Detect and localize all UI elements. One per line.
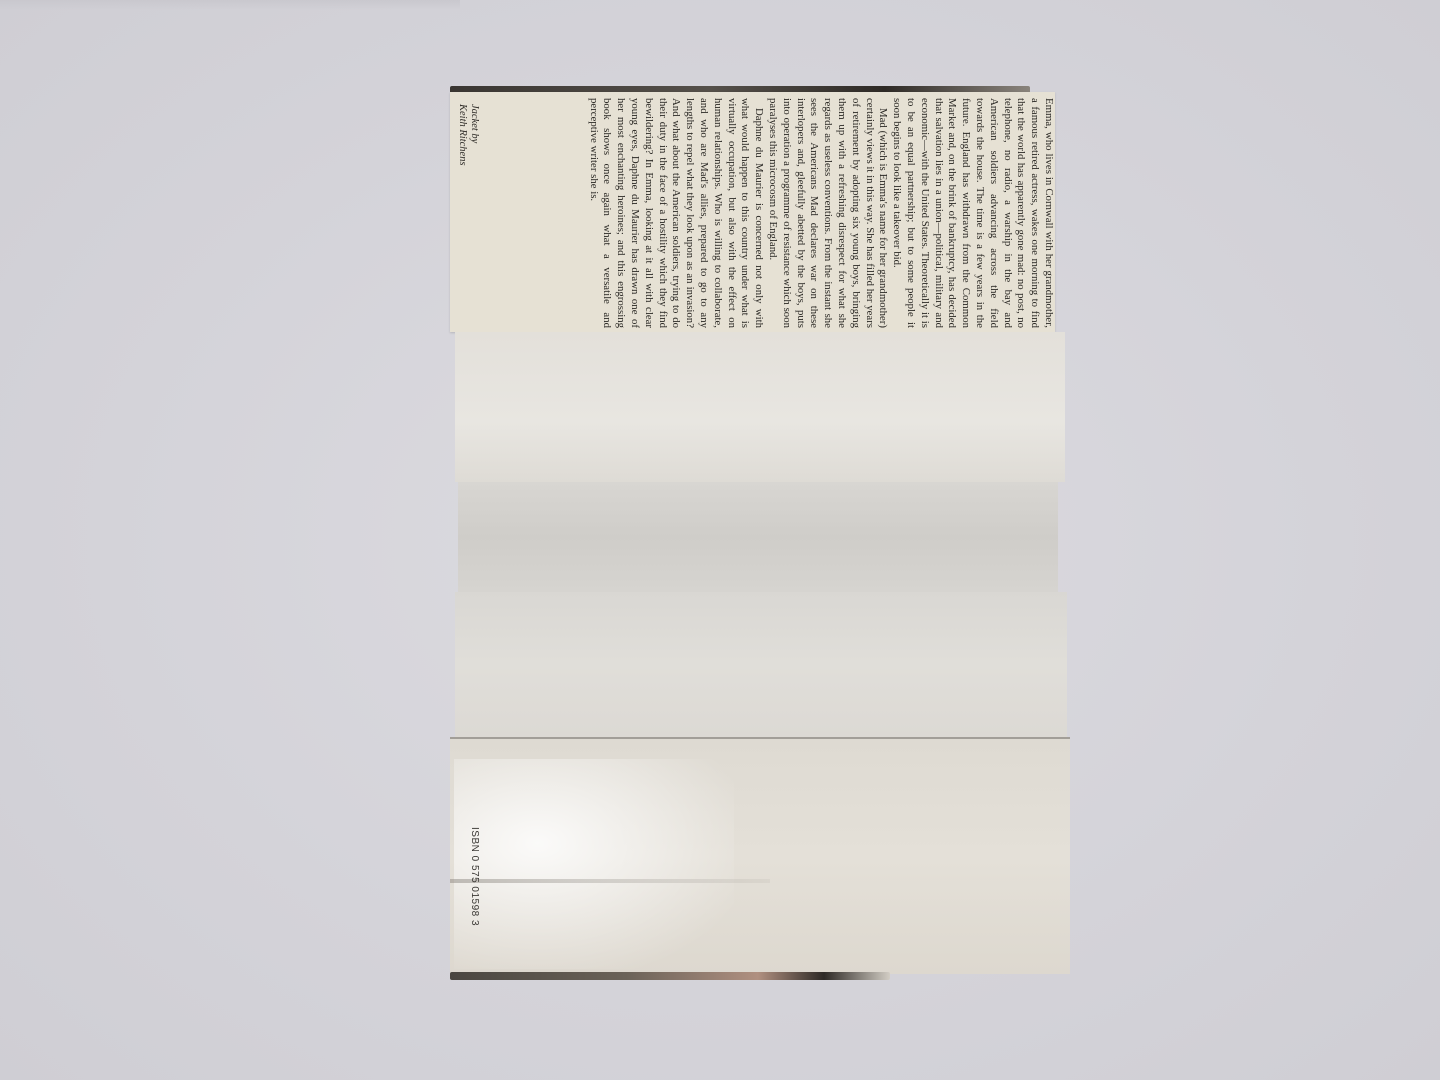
surface-shadow xyxy=(0,0,460,10)
jacket-inner-back-panel xyxy=(455,592,1067,737)
isbn-rotated-container: ISBN 0 575 01598 3 xyxy=(469,827,480,926)
jacket-inner-front-panel xyxy=(455,332,1065,482)
blurb-paragraph-1: Emma, who lives in Cornwall with her gra… xyxy=(889,98,1055,328)
blurb-paragraph-2: Mad (which is Emma's name for her grandm… xyxy=(765,98,889,328)
glare-highlight xyxy=(454,759,734,969)
dust-jacket: Emma, who lives in Cornwall with her gra… xyxy=(450,92,1070,992)
jacket-inner-spine xyxy=(458,482,1058,592)
blurb-rotated-container: Emma, who lives in Cornwall with her gra… xyxy=(595,98,1055,328)
credit-line-2: Keith Ritchens xyxy=(456,104,468,218)
crease-line xyxy=(450,879,770,883)
front-flap: Emma, who lives in Cornwall with her gra… xyxy=(450,92,1055,332)
jacket-credit: Jacket by Keith Ritchens xyxy=(456,104,480,218)
isbn-number: ISBN 0 575 01598 3 xyxy=(469,827,480,926)
back-flap xyxy=(450,737,1070,974)
jacket-bottom-edge xyxy=(450,972,890,980)
photo-scene: Emma, who lives in Cornwall with her gra… xyxy=(0,0,1440,1080)
blurb-text: Emma, who lives in Cornwall with her gra… xyxy=(586,98,1055,328)
blurb-paragraph-3: Daphne du Maurier is concerned not only … xyxy=(586,98,765,328)
credit-rotated-container: Jacket by Keith Ritchens xyxy=(456,98,480,218)
credit-line-1: Jacket by xyxy=(468,104,480,218)
